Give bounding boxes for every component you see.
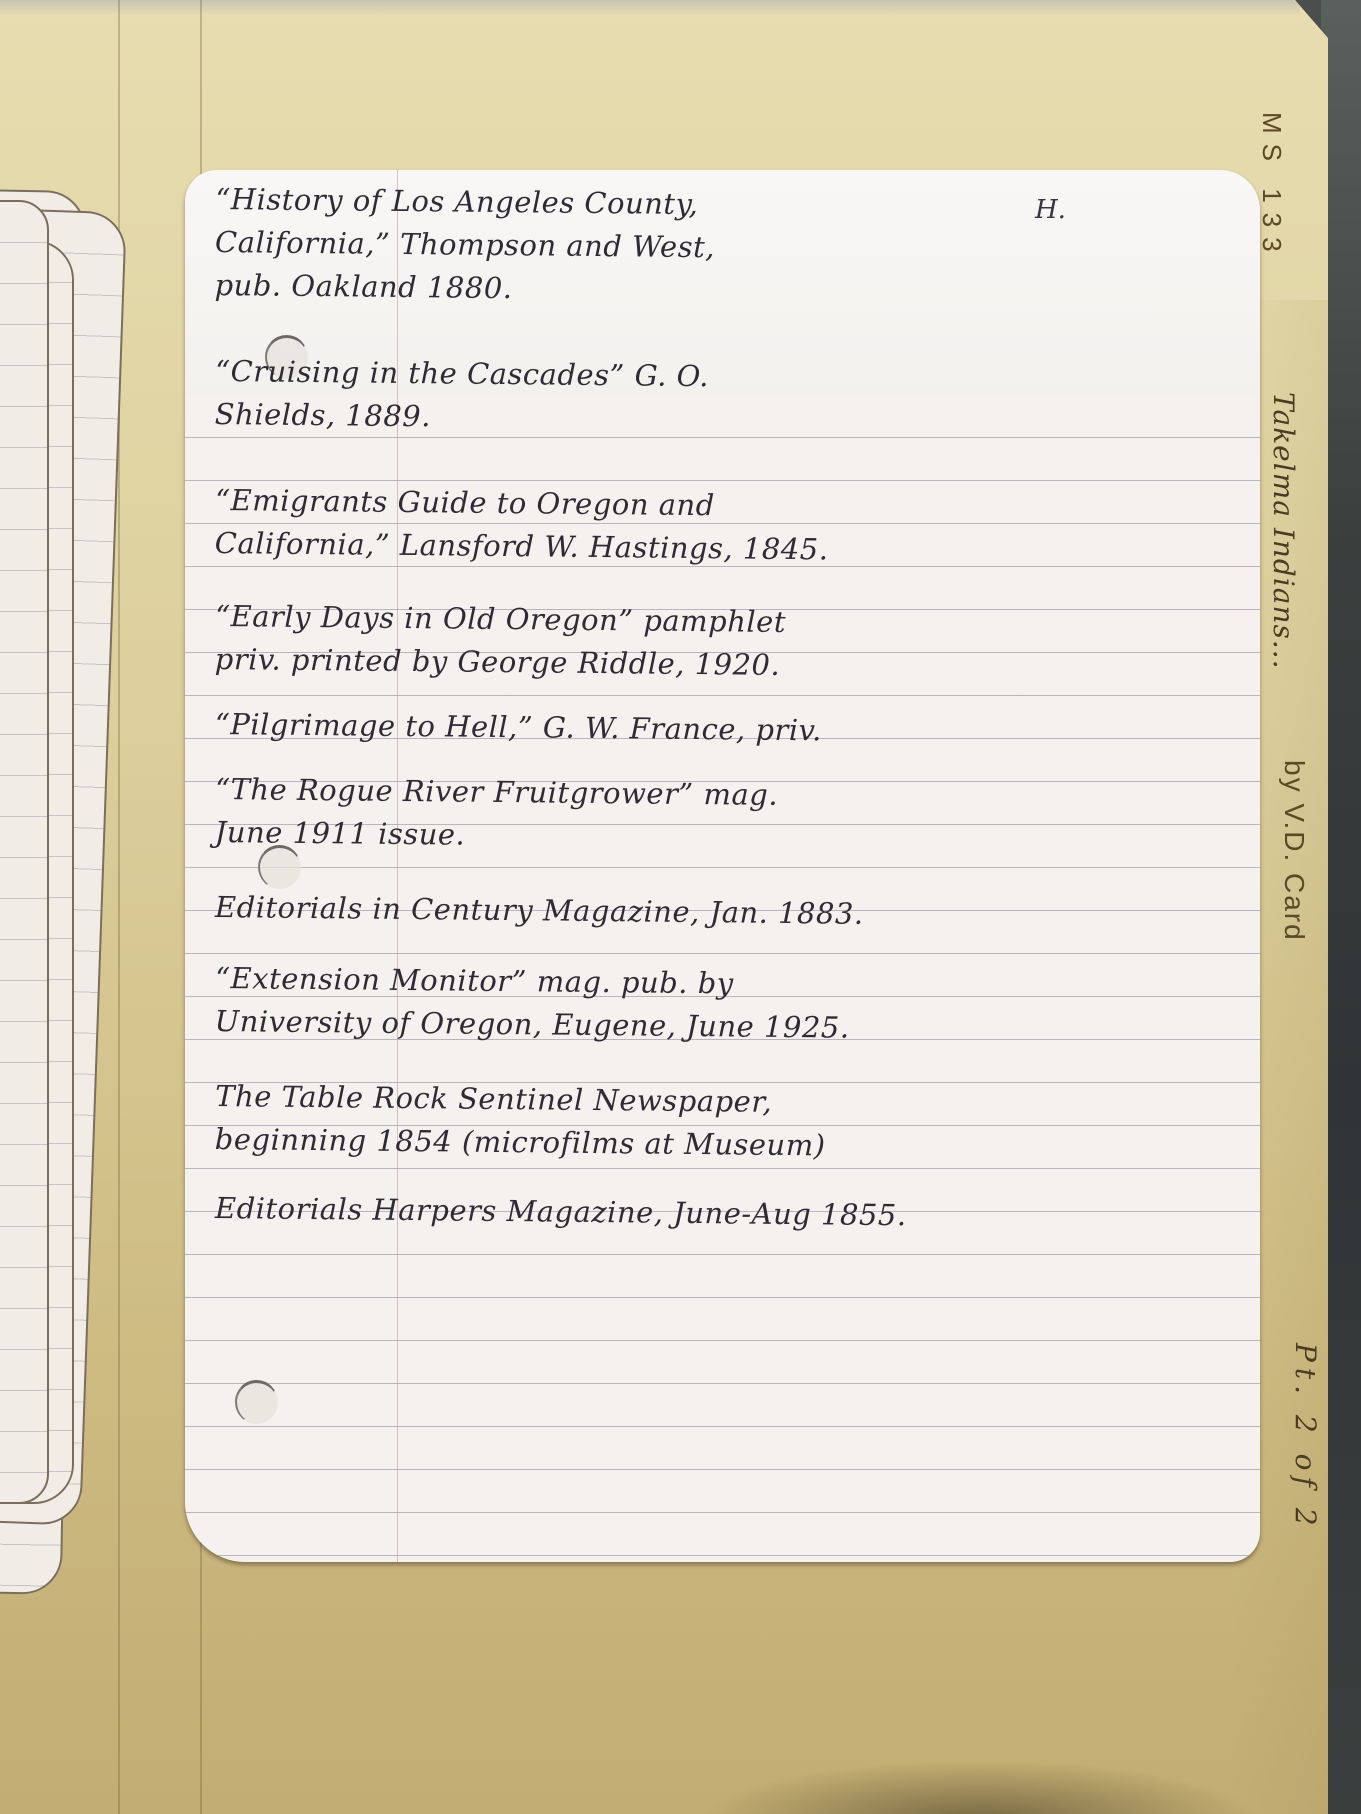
bibliography-entry: “The Rogue River Fruitgrower” mag. June … bbox=[215, 768, 1076, 863]
bibliography-entry: “Early Days in Old Oregon” pamphlet priv… bbox=[215, 595, 1076, 690]
bibliography-entry: “Pilgrimage to Hell,” G. W. France, priv… bbox=[215, 703, 1075, 755]
folder-label-author: by V.D. Card bbox=[1278, 760, 1310, 942]
bibliography-entry: Editorials in Century Magazine, Jan. 188… bbox=[215, 886, 1075, 938]
bibliography-entry: “Extension Monitor” mag. pub. by Univers… bbox=[215, 957, 1076, 1052]
entry-line: pub. Oakland 1880. bbox=[214, 264, 1074, 316]
bibliography-entry: The Table Rock Sentinel Newspaper, begin… bbox=[215, 1075, 1076, 1170]
entry-line: Editorials in Century Magazine, Jan. 188… bbox=[215, 886, 1075, 938]
entry-line: June 1911 issue. bbox=[215, 811, 1075, 863]
bibliography-entry: “Cruising in the Cascades” G. O. Shields… bbox=[215, 350, 1076, 445]
folder-top-edge bbox=[0, 0, 1300, 14]
bibliography-entry: “Emigrants Guide to Oregon and Californi… bbox=[215, 479, 1076, 574]
bibliography-list: “History of Los Angeles County, Californ… bbox=[215, 178, 1075, 1230]
folder-label-ms-number: MS 133 bbox=[1256, 112, 1287, 262]
entry-line: beginning 1854 (microfilms at Museum) bbox=[215, 1118, 1075, 1170]
bibliography-entry: Editorials Harpers Magazine, June-Aug 18… bbox=[215, 1187, 1075, 1239]
entry-line: priv. printed by George Riddle, 1920. bbox=[215, 638, 1075, 690]
entry-line: University of Oregon, Eugene, June 1925. bbox=[215, 1000, 1075, 1052]
entry-line: Editorials Harpers Magazine, June-Aug 18… bbox=[215, 1187, 1075, 1239]
entry-line: “Pilgrimage to Hell,” G. W. France, priv… bbox=[215, 703, 1075, 755]
folder-label-title: Takelma Indians... bbox=[1267, 392, 1300, 670]
entry-line: Shields, 1889. bbox=[215, 393, 1075, 445]
stacked-page bbox=[0, 200, 49, 1504]
folder-label-part: Pt. 2 of 2 bbox=[1289, 1343, 1322, 1532]
shadow bbox=[700, 1760, 1260, 1814]
entry-line: California,” Lansford W. Hastings, 1845. bbox=[215, 522, 1075, 574]
punch-hole bbox=[235, 1380, 278, 1424]
bibliography-entry: “History of Los Angeles County, Californ… bbox=[214, 178, 1075, 316]
